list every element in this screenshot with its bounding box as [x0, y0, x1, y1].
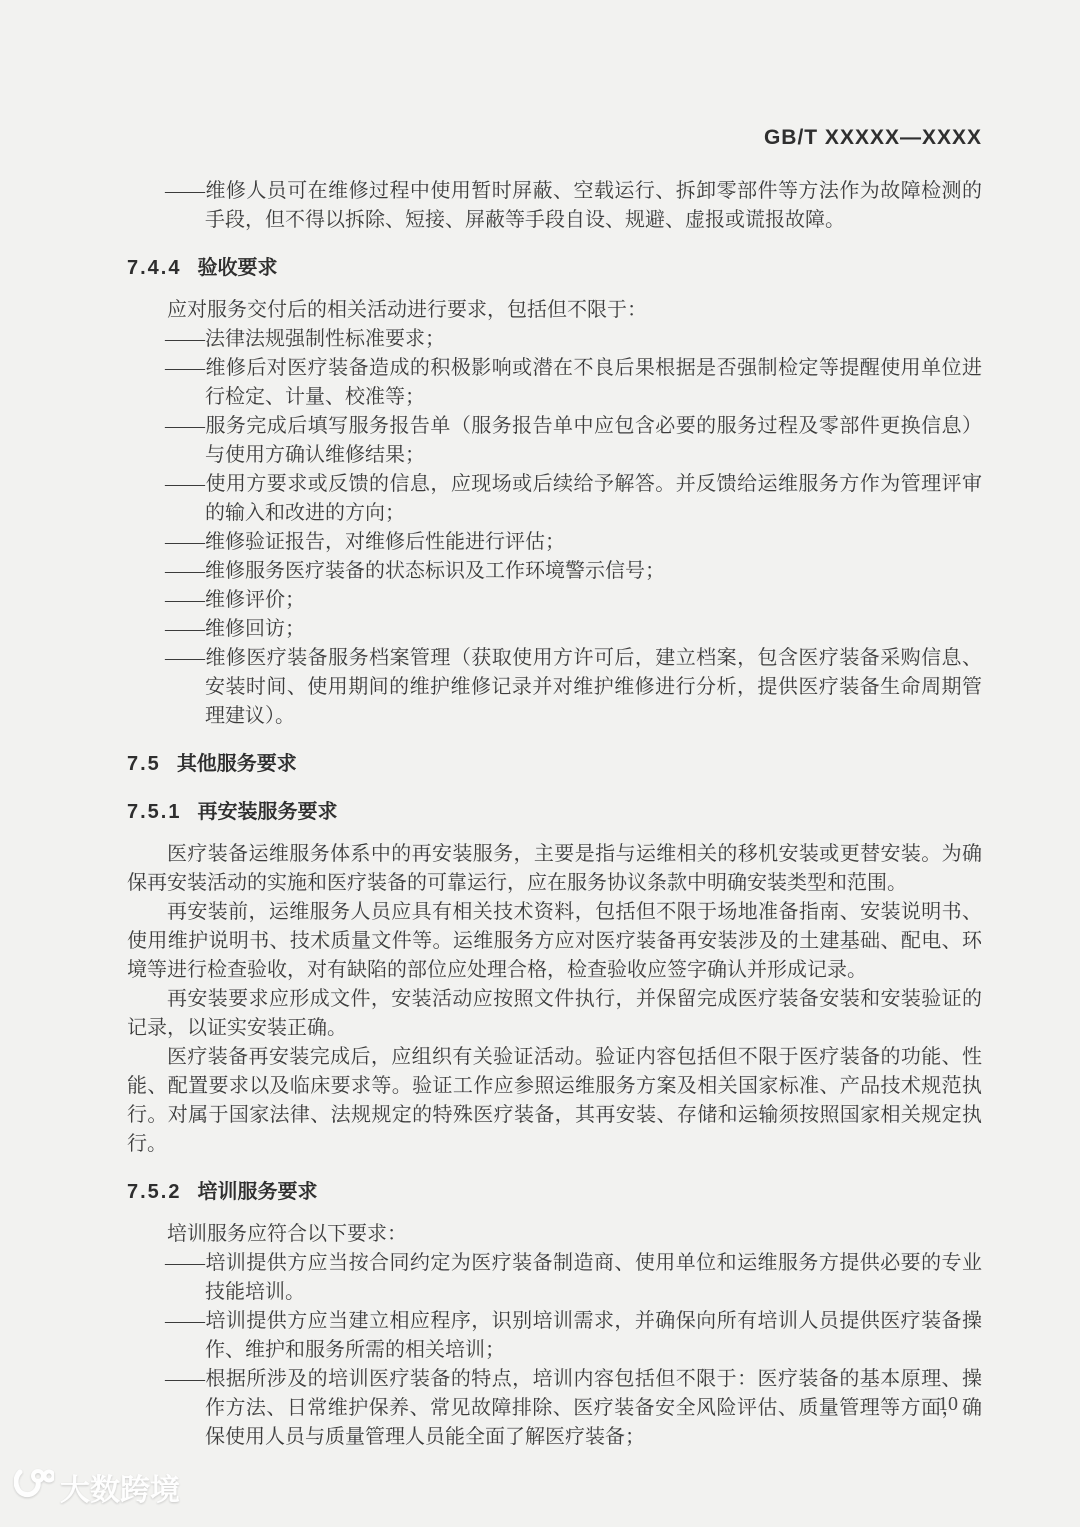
list-item: ——维修回访；: [165, 615, 982, 644]
section-title: 再安装服务要求: [197, 801, 337, 823]
section-heading-7-5-2: 7.5.2培训服务要求: [127, 1178, 982, 1207]
paragraph: 应对服务交付后的相关活动进行要求，包括但不限于：: [127, 296, 982, 325]
section-number: 7.5.1: [127, 801, 181, 823]
section-number: 7.4.4: [127, 257, 181, 279]
list-item: ——维修后对医疗装备造成的积极影响或潜在不良后果根据是否强制检定等提醒使用单位进…: [165, 354, 982, 412]
dash-list-7-5-2: ——培训提供方应当按合同约定为医疗装备制造商、使用单位和运维服务方提供必要的专业…: [127, 1249, 982, 1452]
section-heading-7-4-4: 7.4.4验收要求: [127, 254, 982, 283]
section-title: 验收要求: [197, 257, 277, 279]
list-item: ——服务完成后填写服务报告单（服务报告单中应包含必要的服务过程及零部件更换信息）…: [165, 412, 982, 470]
watermark: 大数跨境: [14, 1465, 180, 1509]
list-item: ——维修验证报告，对维修后性能进行评估；: [165, 528, 982, 557]
section-heading-7-5-1: 7.5.1再安装服务要求: [127, 798, 982, 827]
document-page: GB/T XXXXX—XXXX ——维修人员可在维修过程中使用暂时屏蔽、空载运行…: [0, 0, 1080, 1527]
doc-code: GB/T XXXXX—XXXX: [764, 126, 982, 149]
list-item: ——根据所涉及的培训医疗装备的特点，培训内容包括但不限于：医疗装备的基本原理、操…: [165, 1365, 982, 1452]
page-number: 10: [938, 1393, 958, 1416]
watermark-text: 大数跨境: [60, 1465, 180, 1509]
paragraph: 再安装要求应形成文件，安装活动应按照文件执行，并保留完成医疗装备安装和安装验证的…: [127, 985, 982, 1043]
paragraph: 再安装前，运维服务人员应具有相关技术资料，包括但不限于场地准备指南、安装说明书、…: [127, 898, 982, 985]
list-item: ——维修人员可在维修过程中使用暂时屏蔽、空载运行、拆卸零部件等方法作为故障检测的…: [165, 177, 982, 235]
list-item: ——维修服务医疗装备的状态标识及工作环境警示信号；: [165, 557, 982, 586]
section-title: 培训服务要求: [197, 1181, 317, 1203]
document-body: ——维修人员可在维修过程中使用暂时屏蔽、空载运行、拆卸零部件等方法作为故障检测的…: [0, 177, 1080, 1452]
paragraph: 医疗装备运维服务体系中的再安装服务，主要是指与运维相关的移机安装或更替安装。为确…: [127, 840, 982, 898]
list-item: ——维修评价；: [165, 586, 982, 615]
section-number: 7.5.2: [127, 1181, 181, 1203]
list-item: ——维修医疗装备服务档案管理（获取使用方许可后，建立档案，包含医疗装备采购信息、…: [165, 644, 982, 731]
document-header: GB/T XXXXX—XXXX: [0, 0, 1080, 150]
paragraph: 培训服务应符合以下要求：: [127, 1220, 982, 1249]
list-item: ——使用方要求或反馈的信息，应现场或后续给予解答。并反馈给运维服务方作为管理评审…: [165, 470, 982, 528]
list-item: ——培训提供方应当建立相应程序，识别培训需求，并确保向所有培训人员提供医疗装备操…: [165, 1307, 982, 1365]
section-number: 7.5: [127, 753, 161, 775]
list-item: ——法律法规强制性标准要求；: [165, 325, 982, 354]
section-heading-7-5: 7.5其他服务要求: [127, 750, 982, 779]
section-title: 其他服务要求: [177, 753, 297, 775]
watermark-logo-icon: [14, 1466, 54, 1508]
list-item: ——培训提供方应当按合同约定为医疗装备制造商、使用单位和运维服务方提供必要的专业…: [165, 1249, 982, 1307]
paragraph: 医疗装备再安装完成后，应组织有关验证活动。验证内容包括但不限于医疗装备的功能、性…: [127, 1043, 982, 1159]
dash-list-7-4-4: ——法律法规强制性标准要求； ——维修后对医疗装备造成的积极影响或潜在不良后果根…: [127, 325, 982, 731]
